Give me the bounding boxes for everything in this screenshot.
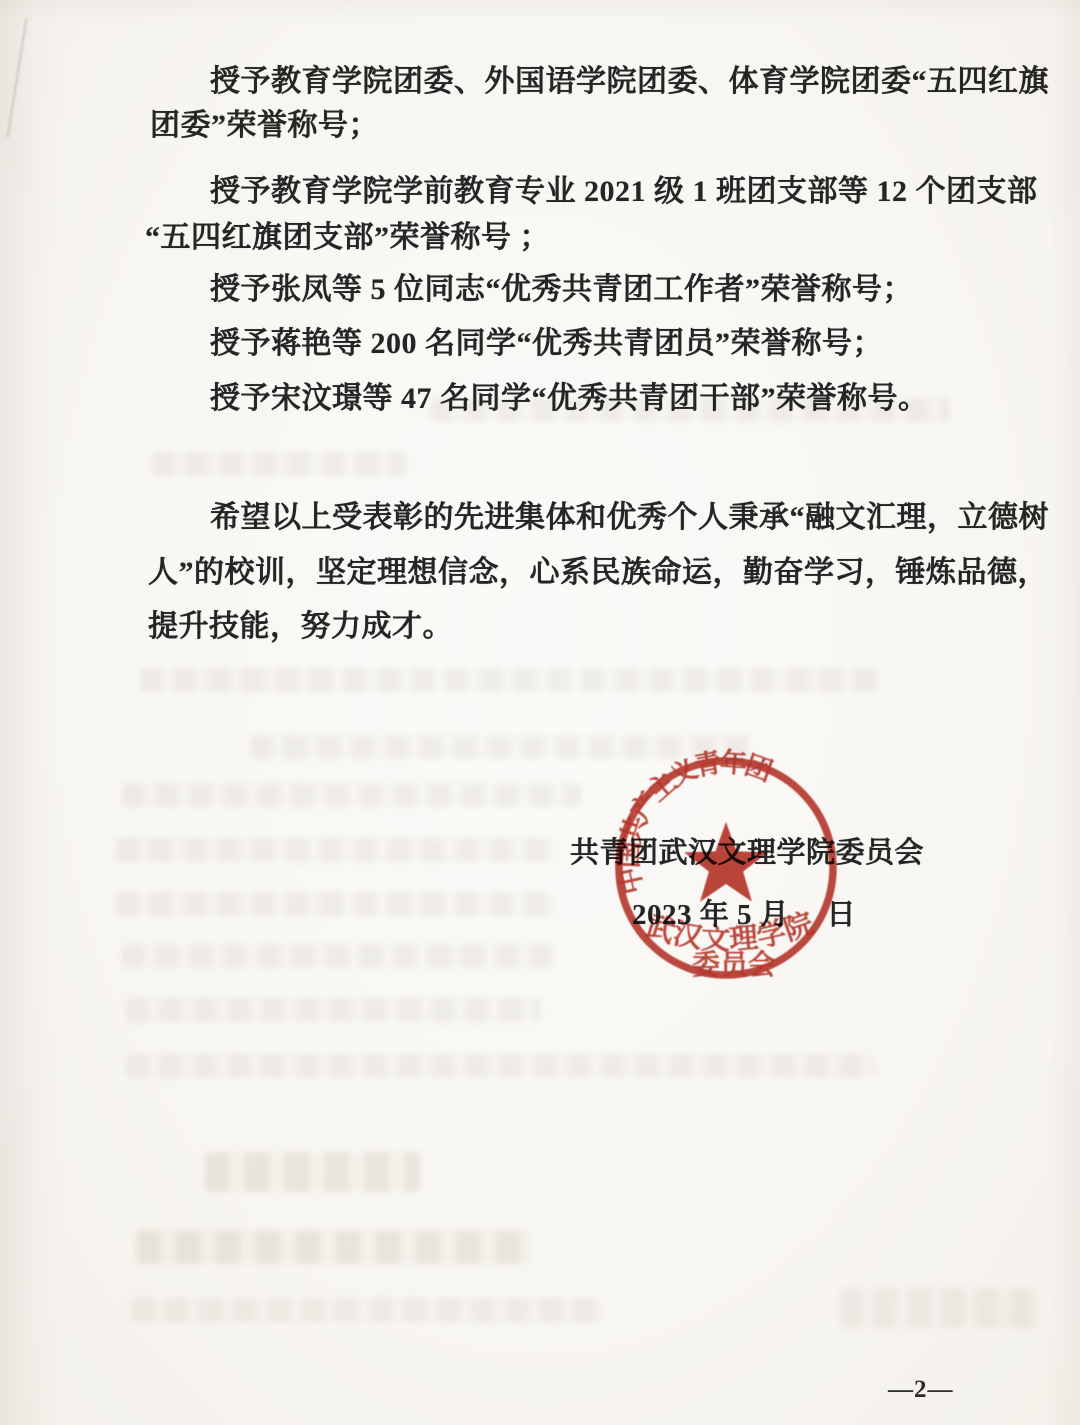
- bleed-through-artifact: [126, 1054, 876, 1078]
- body-line: 授予蒋艳等 200 名同学“优秀共青团员”荣誉称号；: [210, 318, 883, 362]
- body-line: 提升技能，努力成才。: [148, 601, 453, 645]
- bleed-through-artifact: [126, 998, 541, 1022]
- bleed-through-artifact: [116, 892, 556, 916]
- bleed-through-artifact: [152, 452, 407, 476]
- body-line: 授予张凤等 5 位同志“优秀共青团工作者”荣誉称号；: [210, 264, 913, 308]
- seal-arc-top-text: 中国共产主义青年团: [613, 746, 776, 897]
- bleed-through-artifact: [122, 783, 582, 807]
- body-line: 授予教育学院学前教育专业 2021 级 1 班团支部等 12 个团支部: [210, 166, 1038, 210]
- body-line: 团委”荣誉称号；: [150, 100, 379, 144]
- body-line: 授予教育学院团委、外国语学院团委、体育学院团委“五四红旗: [210, 56, 1049, 100]
- bleed-through-artifact: [205, 1152, 420, 1192]
- page-number: —2—: [888, 1376, 954, 1404]
- bleed-through-artifact: [116, 838, 556, 862]
- bleed-through-artifact: [132, 1298, 602, 1322]
- seal-bottom-text: 委员会: [692, 949, 776, 981]
- bleed-through-artifact: [122, 944, 552, 968]
- body-line: 希望以上受表彰的先进集体和优秀个人秉承“融文汇理，立德树: [210, 492, 1049, 536]
- bleed-through-artifact: [140, 668, 880, 692]
- bleed-through-artifact: [136, 1230, 531, 1264]
- scan-crease-artifact: [7, 19, 28, 138]
- body-line: 人”的校训，坚定理想信念，心系民族命运，勤奋学习，锤炼品德，: [148, 547, 1048, 591]
- scanned-document-page: 授予教育学院团委、外国语学院团委、体育学院团委“五四红旗 团委”荣誉称号； 授予…: [0, 0, 1080, 1425]
- signature-date: 2023 年 5 月 日: [632, 892, 856, 933]
- body-line: “五四红旗团支部”荣誉称号 ；: [145, 212, 550, 256]
- signature-organization: 共青团武汉文理学院委员会: [570, 830, 924, 871]
- body-line: 授予宋汶璟等 47 名同学“优秀共青团干部”荣誉称号。: [210, 373, 929, 417]
- bleed-through-artifact: [840, 1288, 1040, 1328]
- svg-text:中国共产主义青年团: 中国共产主义青年团: [613, 746, 776, 897]
